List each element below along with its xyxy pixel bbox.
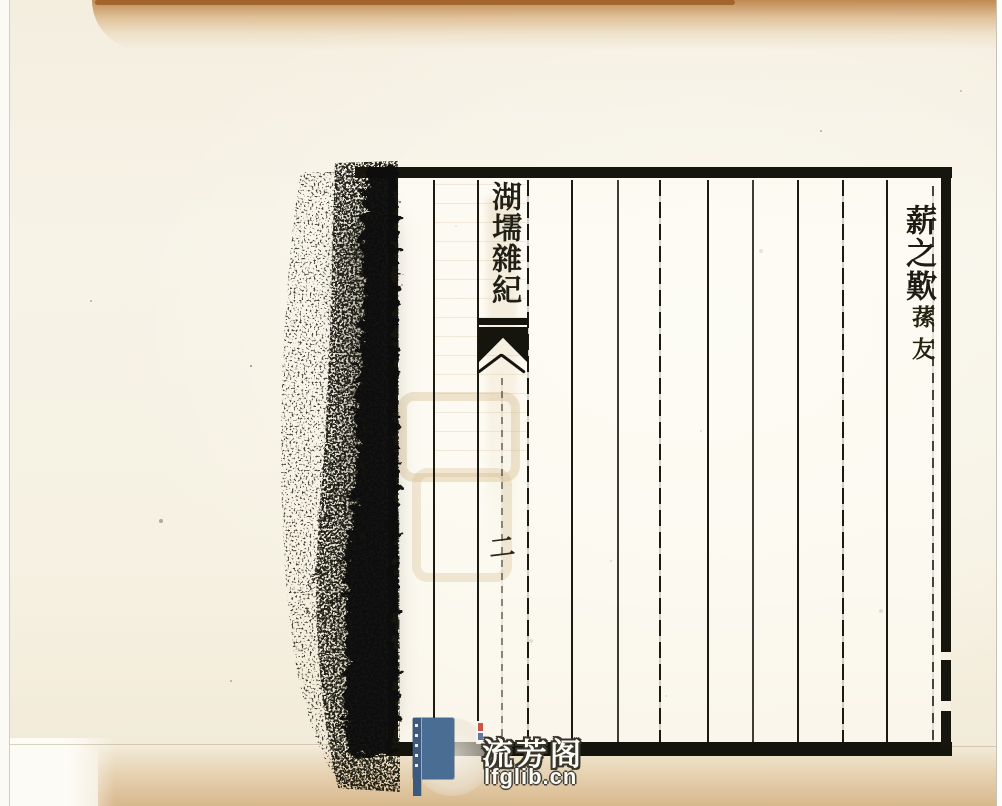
grid-column-line — [886, 180, 888, 742]
frame-border-break — [941, 652, 951, 660]
scanned-page: 湖壖雜紀 二 薪之歎 蓀友 — [0, 0, 1002, 806]
watermark-site-name: 流芳阁 — [482, 729, 602, 767]
ink-smudge — [0, 0, 460, 806]
grid-column-line — [752, 180, 754, 742]
grid-column-line — [842, 180, 844, 742]
stitched-book-icon — [413, 718, 454, 779]
grid-column-line — [797, 180, 799, 742]
author-name: 蓀友 — [904, 305, 938, 381]
crease-line — [952, 746, 1002, 747]
grid-column-line — [617, 180, 619, 742]
frame-border-right — [941, 172, 951, 749]
grid-column-line — [477, 180, 479, 742]
poem-title: 薪之歎 — [898, 204, 938, 306]
frame-border-break — [941, 701, 951, 711]
grid-column-line — [707, 180, 709, 742]
grid-column-line — [571, 180, 573, 742]
book-title: 湖壖雜紀 — [480, 181, 527, 311]
scan-edge-left — [0, 0, 10, 806]
watermark-site-url: lfglib.cn — [484, 764, 604, 792]
page-number: 二 — [488, 525, 522, 565]
grid-column-line — [659, 180, 661, 742]
scan-edge-right — [996, 0, 1002, 806]
watermark-circle — [413, 718, 491, 796]
divider-bar — [478, 318, 528, 325]
book-stitches — [415, 724, 418, 773]
grid-column-line — [527, 180, 529, 742]
